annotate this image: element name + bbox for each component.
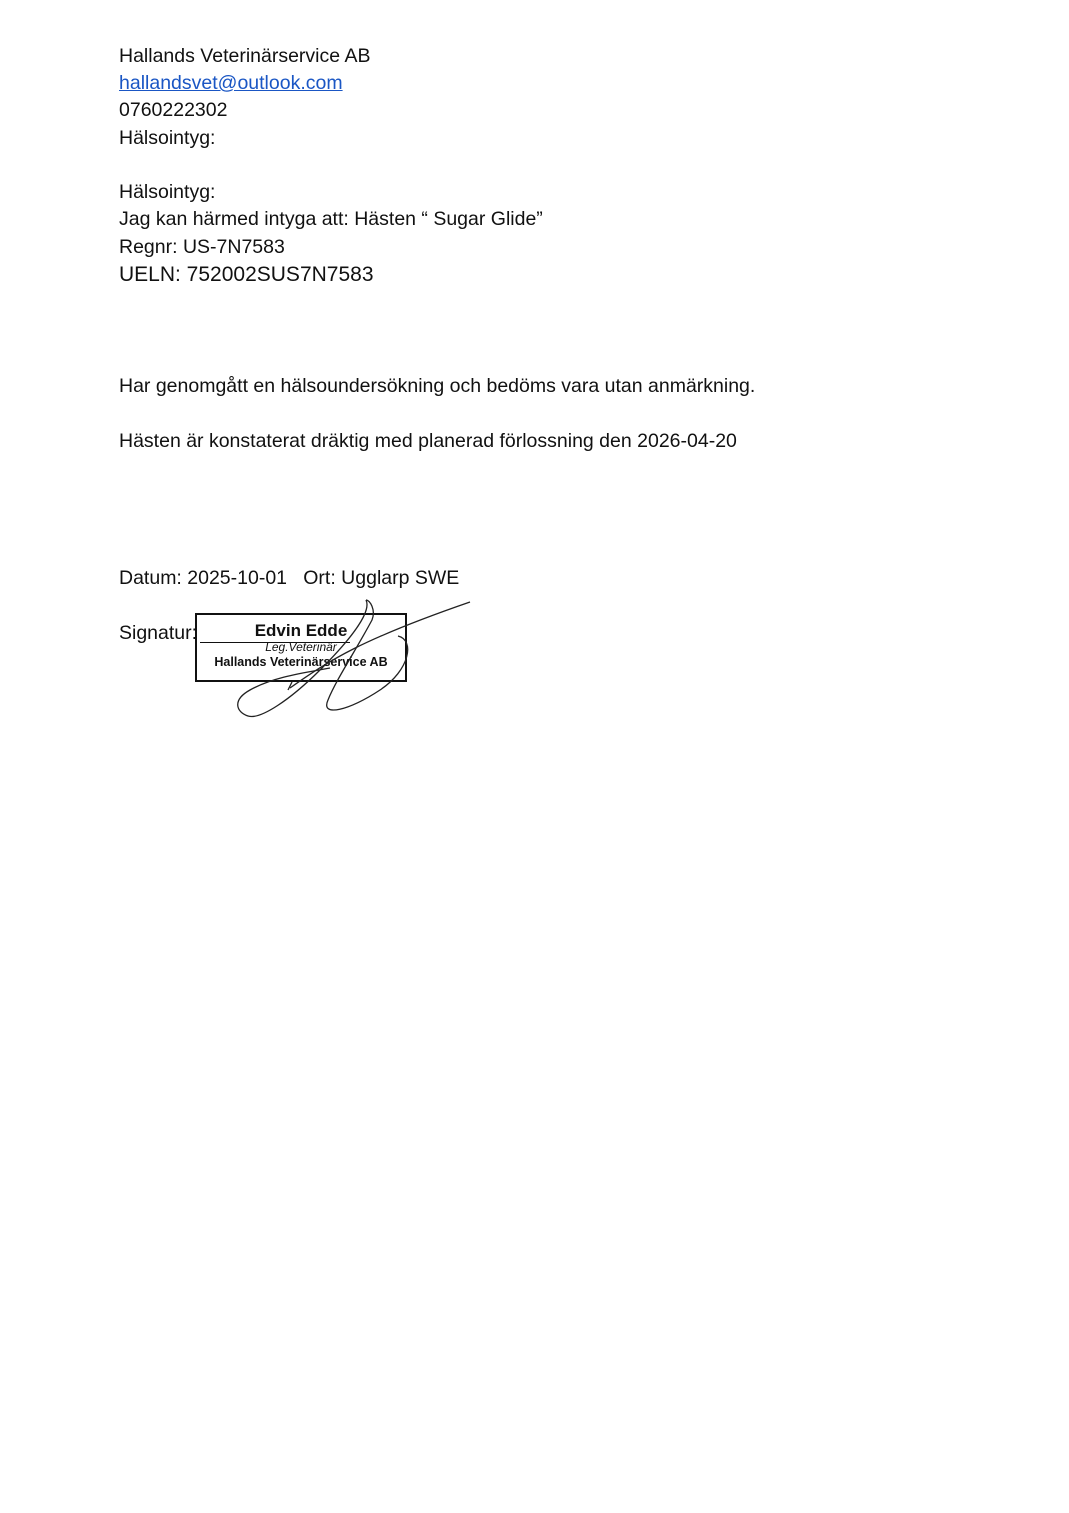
- pregnancy-statement: Hästen är konstaterat dräktig med planer…: [119, 429, 737, 453]
- email-link[interactable]: hallandsvet@outlook.com: [119, 71, 343, 95]
- phone-number: 0760222302: [119, 98, 227, 122]
- veterinarian-stamp: Edvin Edde Leg.Veterinär Hallands Veteri…: [195, 613, 407, 682]
- date-place: Datum: 2025-10-01 Ort: Ugglarp SWE: [119, 566, 459, 590]
- exam-result: Har genomgått en hälsoundersökning och b…: [119, 374, 755, 398]
- ueln-number: UELN: 752002SUS7N7583: [119, 263, 374, 287]
- certificate-heading: Hälsointyg:: [119, 180, 215, 204]
- stamp-name: Edvin Edde: [197, 621, 405, 641]
- company-name: Hallands Veterinärservice AB: [119, 44, 370, 68]
- signature-label: Signatur:: [119, 621, 197, 645]
- signature-line: [200, 642, 350, 643]
- stamp-org: Hallands Veterinärservice AB: [197, 654, 405, 670]
- header-label: Hälsointyg:: [119, 126, 215, 150]
- certificate-statement: Jag kan härmed intyga att: Hästen “ Suga…: [119, 207, 543, 231]
- registration-number: Regnr: US-7N7583: [119, 235, 285, 259]
